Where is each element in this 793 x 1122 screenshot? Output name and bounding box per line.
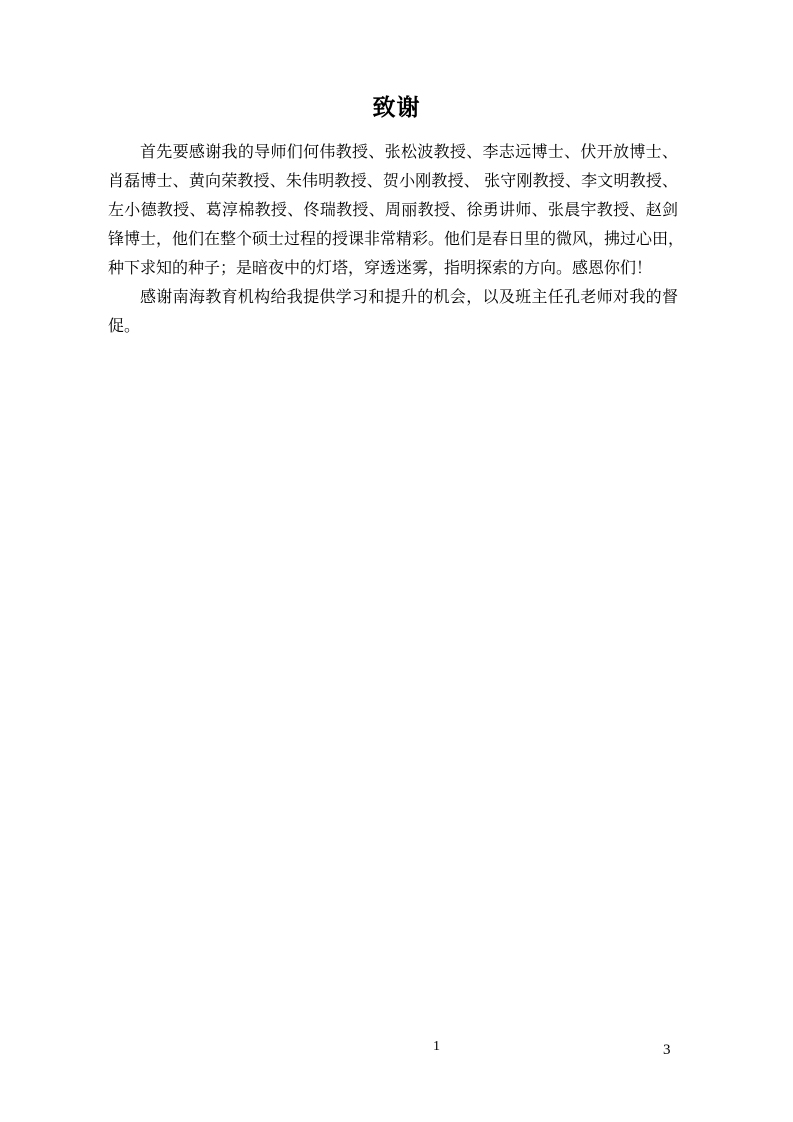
- text-line: 锋博士，他们在整个硕士过程的授课非常精彩。他们是春日里的微风，拂过心田，: [108, 225, 678, 254]
- corner-page-number: 3: [663, 1042, 671, 1059]
- text-line: 左小德教授、葛淳棉教授、佟瑞教授、周丽教授、徐勇讲师、张晨宇教授、赵剑: [108, 196, 678, 225]
- text-line: 肖磊博士、黄向荣教授、朱伟明教授、贺小刚教授、 张守刚教授、李文明教授、: [108, 167, 678, 196]
- text-line: 首先要感谢我的导师们何伟教授、张松波教授、李志远博士、伏开放博士、: [108, 138, 678, 167]
- text-line: 感谢南海教育机构给我提供学习和提升的机会，以及班主任孔老师对我的督: [108, 283, 678, 312]
- page-title: 致谢: [0, 94, 793, 122]
- text-line: 种下求知的种子；是暗夜中的灯塔，穿透迷雾，指明探索的方向。感恩你们！: [108, 254, 678, 283]
- body-text: 首先要感谢我的导师们何伟教授、张松波教授、李志远博士、伏开放博士、 肖磊博士、黄…: [108, 138, 678, 341]
- document-page: 致谢 首先要感谢我的导师们何伟教授、张松波教授、李志远博士、伏开放博士、 肖磊博…: [0, 0, 793, 1122]
- footer-page-number: 1: [433, 1039, 440, 1055]
- text-line: 促。: [108, 312, 678, 341]
